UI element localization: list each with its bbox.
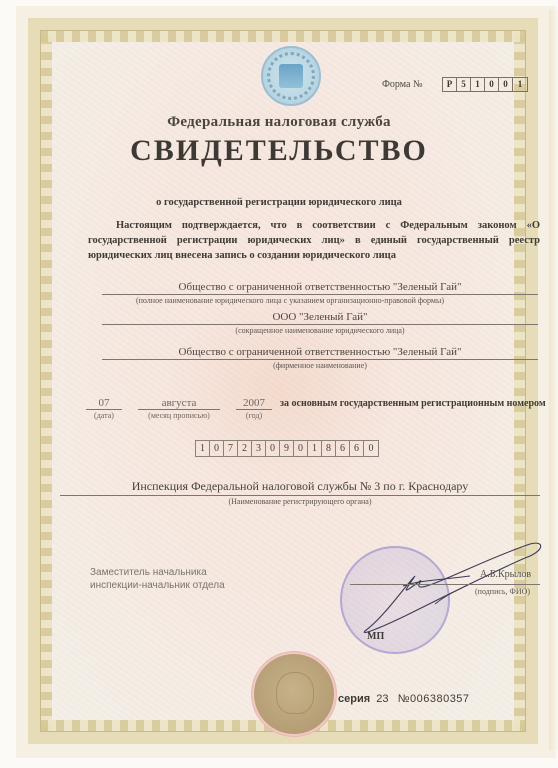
signatory-position-line1: Заместитель начальника (90, 566, 225, 579)
form-number-label: Форма № (382, 79, 434, 90)
form-code-digit: 5 (457, 78, 471, 91)
hologram-emblem-icon (261, 46, 321, 106)
form-code-digit: 1 (471, 78, 485, 91)
registration-year-caption: (год) (236, 411, 272, 420)
full-name-field: Общество с ограниченной ответственностью… (102, 281, 538, 305)
registration-number-text: за основным государственным регистрацион… (280, 398, 546, 409)
authority-field: Инспекция Федеральной налоговой службы №… (60, 479, 540, 506)
document-subtitle: о государственной регистрации юридическо… (0, 197, 558, 208)
full-name-value: Общество с ограниченной ответственностью… (102, 281, 538, 295)
registration-year-value: 2007 (236, 397, 272, 410)
ogrn-digit: 0 (266, 441, 280, 456)
ogrn-digit: 6 (350, 441, 364, 456)
stamp-label: МП (367, 631, 384, 642)
gold-seal-icon (254, 654, 334, 734)
serial-number: серия 23 №006380357 (338, 693, 470, 705)
registration-month-caption: (месяц прописью) (138, 411, 220, 420)
ogrn-boxes: 1072309018660 (195, 440, 379, 457)
form-code-boxes: Р51001 (442, 77, 528, 92)
registration-month: августа (месяц прописью) (138, 397, 220, 420)
signer-name: А.Б.Крылов (480, 569, 531, 580)
series-label: серия (338, 693, 370, 705)
ogrn-digit: 7 (224, 441, 238, 456)
signature-caption: (подпись, ФИО) (475, 587, 530, 596)
document-title: СВИДЕТЕЛЬСТВО (0, 134, 558, 168)
ogrn-digit: 9 (280, 441, 294, 456)
registration-day: 07 (дата) (86, 397, 122, 420)
form-code-digit: 0 (485, 78, 499, 91)
short-name-caption: (сокращенное наименование юридического л… (102, 326, 538, 335)
brand-name-field: Общество с ограниченной ответственностью… (102, 346, 538, 370)
short-name-field: ООО "Зеленый Гай" (сокращенное наименова… (102, 311, 538, 335)
series-value: 23 (376, 693, 388, 705)
form-code-digit: Р (443, 78, 457, 91)
serial-number-value: №006380357 (398, 693, 470, 705)
ogrn-digit: 0 (210, 441, 224, 456)
registration-year: 2007 (год) (236, 397, 272, 420)
registration-day-caption: (дата) (86, 411, 122, 420)
ogrn-digit: 1 (196, 441, 210, 456)
emblem-shield (279, 64, 303, 88)
authority-value: Инспекция Федеральной налоговой службы №… (60, 479, 540, 496)
signature-line (350, 584, 540, 585)
ogrn-digit: 8 (322, 441, 336, 456)
certification-text: Настоящим подтверждается, что в соответс… (88, 218, 540, 263)
brand-name-caption: (фирменное наименование) (102, 361, 538, 370)
form-code-digit: 1 (513, 78, 527, 91)
certification-text-content: Настоящим подтверждается, что в соответс… (88, 220, 540, 261)
brand-name-value: Общество с ограниченной ответственностью… (102, 346, 538, 360)
registration-day-value: 07 (86, 397, 122, 410)
registration-date-row: 07 (дата) августа (месяц прописью) 2007 … (86, 397, 546, 420)
registration-month-value: августа (138, 397, 220, 410)
ogrn-digit: 2 (238, 441, 252, 456)
form-number: Форма № Р51001 (382, 77, 528, 92)
ogrn-digit: 3 (252, 441, 266, 456)
full-name-caption: (полное наименование юридического лица с… (42, 296, 538, 305)
agency-name: Федеральная налоговая служба (0, 114, 558, 131)
signatory-position: Заместитель начальника инспекции-начальн… (90, 566, 225, 592)
form-code-digit: 0 (499, 78, 513, 91)
ogrn-digit: 0 (364, 441, 378, 456)
ogrn-digit: 6 (336, 441, 350, 456)
signatory-position-line2: инспекции-начальник отдела (90, 579, 225, 592)
authority-caption: (Наименование регистрирующего органа) (60, 497, 540, 506)
ogrn-digit: 0 (294, 441, 308, 456)
short-name-value: ООО "Зеленый Гай" (102, 311, 538, 325)
ogrn-digit: 1 (308, 441, 322, 456)
